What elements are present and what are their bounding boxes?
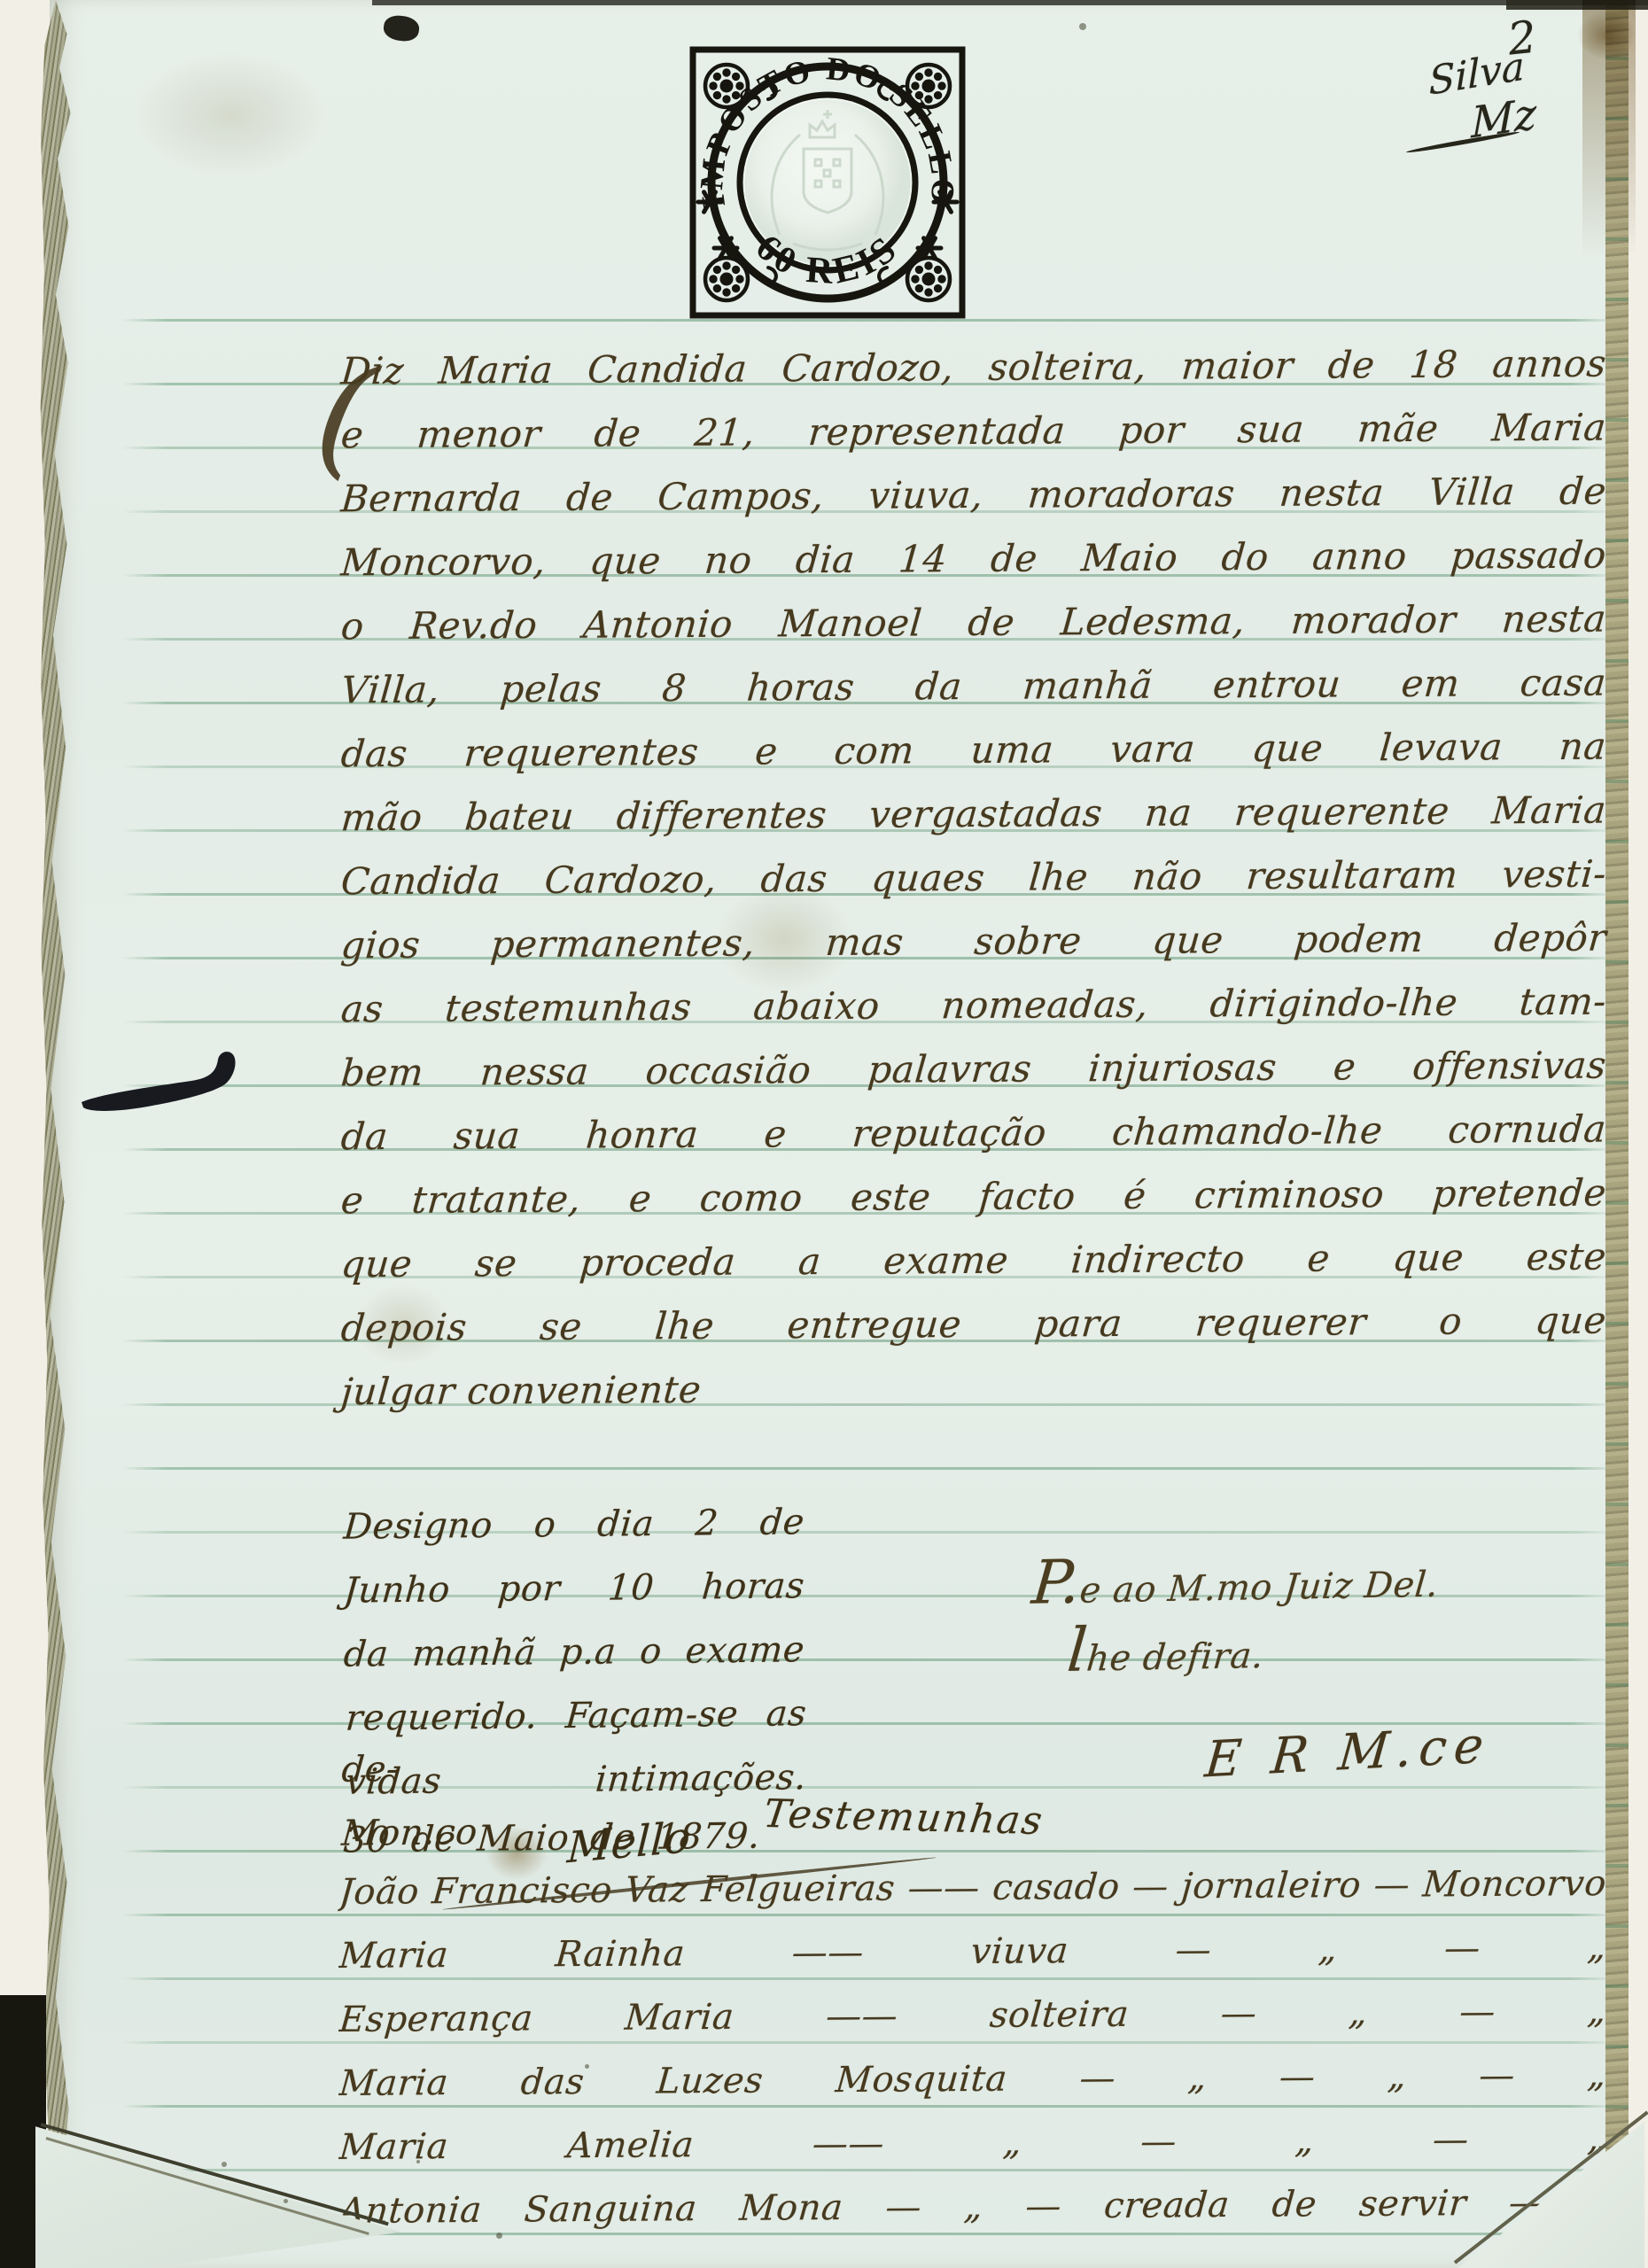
petition-line: julgar conveniente <box>339 1358 1609 1419</box>
speck <box>1079 23 1086 30</box>
speck <box>222 2162 227 2167</box>
right-page-edge <box>1605 0 1629 2268</box>
top-edge-shadow <box>372 0 1648 5</box>
petition-line: as testemunhas abaixo nomeadas, dirigind… <box>339 975 1609 1037</box>
ruled-line <box>122 1467 1616 1470</box>
petition-line: mão bateu differentes vergastadas na req… <box>339 784 1609 845</box>
witness-row: Maria Amelia —— „ — „ — „ <box>338 2113 1609 2173</box>
petition-line: e menor de 21, representada por sua mãe … <box>339 401 1609 462</box>
witness-row: Maria das Luzes Mosquita — „ — „ — „ <box>338 2049 1609 2109</box>
despacho-date: 30 de Maio de 1879. <box>342 1811 762 1867</box>
speck <box>496 2233 502 2239</box>
witness-row: Maria Rainha —— viuva — „ — „ <box>338 1922 1609 1982</box>
petition-line: Bernarda de Campos, viuva, moradoras nes… <box>339 465 1609 526</box>
petition-line: Moncorvo, que no dia 14 de Maio do anno … <box>339 529 1609 590</box>
petition-line: gios permanentes, mas sobre que podem de… <box>339 912 1609 973</box>
petition-line: e tratante, e como este facto é criminos… <box>339 1167 1609 1228</box>
witness-row: João Francisco Vaz Felgueiras —— casado … <box>338 1858 1609 1918</box>
petition-line: Diz Maria Candida Cardozo, solteira, mai… <box>339 338 1609 399</box>
petition-line: Villa, pelas 8 horas da manhã entrou em … <box>339 656 1609 718</box>
speck <box>416 2160 420 2163</box>
ink-blot <box>76 1045 253 1125</box>
speck <box>284 2199 288 2203</box>
petition-line: depois se lhe entregue para requerer o q… <box>339 1294 1609 1355</box>
witness-row: Esperança Maria —— solteira — „ — „ <box>338 1985 1609 2046</box>
petition-line: Candida Cardozo, das quaes lhe não resul… <box>339 848 1609 909</box>
petition-line: bem nessa occasião palavras injuriosas e… <box>339 1039 1609 1100</box>
witnesses-heading: Testemunhas <box>761 1791 1046 1844</box>
petition-line: que se proceda a exame indirecto e que e… <box>339 1231 1609 1292</box>
document-scan: IMPOSTO DO SELLO 60 REIS 2 Silva Mz ( Di… <box>0 0 1648 2268</box>
despacho-line: da manhã p.a o exame <box>342 1624 806 1680</box>
despacho-line: Junho por 10 horas <box>342 1560 806 1616</box>
revenue-stamp: IMPOSTO DO SELLO 60 REIS <box>687 44 968 321</box>
petition-line: da sua honra e reputação chamando-lhe co… <box>339 1103 1609 1164</box>
top-edge-shadow-right <box>1506 0 1648 10</box>
petition-line: das requerentes e com uma vara que levav… <box>339 720 1609 781</box>
closing-line: lhe defira. <box>1065 1612 1268 1686</box>
despacho-line: Designo o dia 2 de <box>342 1496 806 1552</box>
petition-line: o Rev.do Antonio Manoel de Ledesma, mora… <box>339 593 1609 654</box>
speck <box>585 2064 589 2069</box>
witness-row: Antonia Sanguina Mona — „ — creada de se… <box>338 2177 1609 2237</box>
closing-line: P.e ao M.mo Juiz Del. <box>1030 1538 1612 1618</box>
